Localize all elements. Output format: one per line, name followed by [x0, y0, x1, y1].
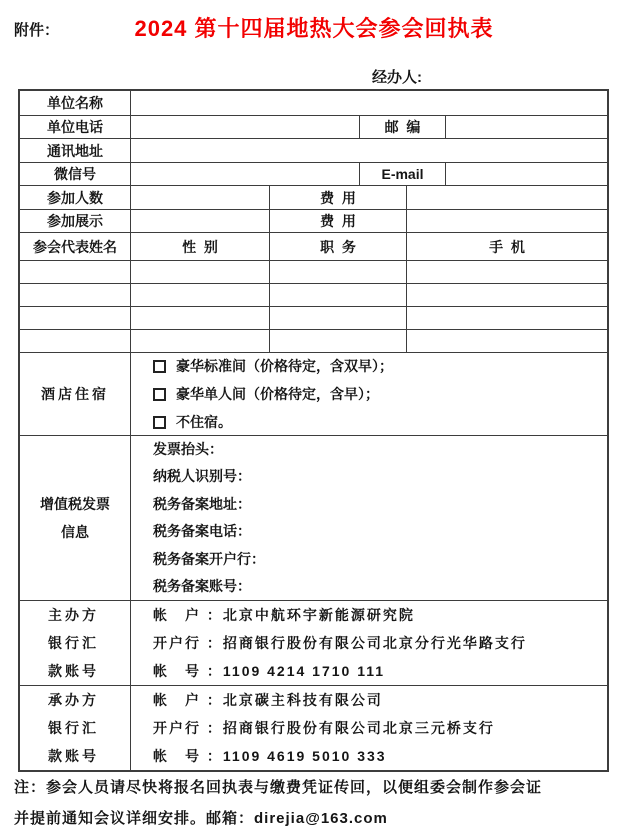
vat-registered-phone: 税务备案电话：: [153, 518, 251, 546]
organizer-bank-details: 帐 户 ：北京中航环宇新能源研究院 开户行 ：招商银行股份有限公司北京分行光华路…: [130, 601, 607, 685]
page-title: 2024 第十四届地热大会参会回执表: [0, 12, 628, 43]
participants-field: [130, 186, 269, 209]
vat-label: 增值税发票 信息: [20, 436, 130, 600]
row-address: 通讯地址: [20, 138, 607, 162]
vat-invoice-title: 发票抬头：: [153, 436, 223, 464]
email-field: [445, 163, 607, 185]
note-line-2: 并提前通知会议详细安排。邮箱：direjia@163.com: [14, 803, 618, 832]
contractor-bank-label: 承办方 银行汇 款账号: [20, 686, 130, 770]
representative-row-4: [20, 329, 607, 352]
mobile-cell: [406, 284, 607, 306]
row-unit-phone: 单位电话 邮 编: [20, 115, 607, 138]
gender-cell: [130, 284, 269, 306]
row-contractor-bank: 承办方 银行汇 款账号 帐 户 ：北京碳主科技有限公司 开户行 ：招商银行股份有…: [20, 685, 607, 770]
contractor-account-number: 帐 号 ：1109 4619 5010 333: [153, 742, 387, 770]
organizer-bank-branch: 开户行 ：招商银行股份有限公司北京分行光华路支行: [153, 629, 527, 657]
hotel-option-label: 不住宿。: [176, 408, 232, 436]
position-cell: [269, 261, 406, 283]
representative-row-2: [20, 283, 607, 306]
mobile-cell: [406, 330, 607, 352]
vat-label-line1: 增值税发票: [40, 490, 110, 518]
rep-name-cell: [20, 307, 130, 329]
organizer-bank-label-line3: 款账号: [48, 657, 99, 685]
contractor-bank-branch: 开户行 ：招商银行股份有限公司北京三元桥支行: [153, 714, 495, 742]
hotel-options: 豪华标准间（价格待定，含双早）； 豪华单人间（价格待定，含早）； 不住宿。: [130, 353, 607, 435]
unit-phone-field: [130, 116, 359, 138]
row-exhibition: 参加展示 费 用: [20, 209, 607, 232]
row-vat-invoice: 增值税发票 信息 发票抬头： 纳税人识别号： 税务备案地址： 税务备案电话： 税…: [20, 435, 607, 600]
organizer-account-name: 帐 户 ：北京中航环宇新能源研究院: [153, 601, 415, 629]
position-cell: [269, 330, 406, 352]
row-participants: 参加人数 费 用: [20, 185, 607, 209]
representative-row-3: [20, 306, 607, 329]
rep-name-label: 参会代表姓名: [20, 233, 130, 260]
email-label: E-mail: [359, 163, 445, 185]
row-representative-header: 参会代表姓名 性 别 职 务 手 机: [20, 232, 607, 260]
row-unit-name: 单位名称: [20, 91, 607, 115]
address-label: 通讯地址: [20, 139, 130, 162]
wechat-label: 微信号: [20, 163, 130, 185]
rep-name-cell: [20, 261, 130, 283]
checkbox-icon: [153, 388, 166, 401]
handler-label: 经办人:: [372, 66, 422, 87]
mobile-label: 手 机: [406, 233, 607, 260]
vat-taxpayer-id: 纳税人识别号：: [153, 463, 251, 491]
hotel-option-label: 豪华单人间（价格待定，含早）；: [176, 380, 379, 408]
position-cell: [269, 307, 406, 329]
contractor-bank-label-line1: 承办方: [48, 686, 99, 714]
exhibition-fee-field: [406, 210, 607, 232]
address-field: [130, 139, 607, 162]
hotel-option-none: 不住宿。: [153, 408, 232, 436]
contractor-bank-label-line3: 款账号: [48, 742, 99, 770]
registration-table: 单位名称 单位电话 邮 编 通讯地址 微信号 E-mail 参加人数 费 用: [18, 89, 609, 772]
gender-cell: [130, 330, 269, 352]
row-hotel: 酒店住宿 豪华标准间（价格待定，含双早）； 豪华单人间（价格待定，含早）； 不住…: [20, 352, 607, 435]
row-wechat: 微信号 E-mail: [20, 162, 607, 185]
contractor-account-name: 帐 户 ：北京碳主科技有限公司: [153, 686, 383, 714]
gender-cell: [130, 307, 269, 329]
row-organizer-bank: 主办方 银行汇 款账号 帐 户 ：北京中航环宇新能源研究院 开户行 ：招商银行股…: [20, 600, 607, 685]
vat-registered-address: 税务备案地址：: [153, 491, 251, 519]
position-cell: [269, 284, 406, 306]
organizer-account-number: 帐 号 ：1109 4214 1710 111: [153, 657, 385, 685]
unit-phone-label: 单位电话: [20, 116, 130, 138]
mobile-cell: [406, 307, 607, 329]
hotel-option-label: 豪华标准间（价格待定，含双早）；: [176, 352, 393, 380]
exhibition-label: 参加展示: [20, 210, 130, 232]
contractor-bank-label-line2: 银行汇: [48, 714, 99, 742]
unit-name-field: [130, 91, 607, 115]
organizer-bank-label-line2: 银行汇: [48, 629, 99, 657]
vat-registered-bank: 税务备案开户行：: [153, 546, 265, 574]
vat-registered-account: 税务备案账号：: [153, 573, 251, 601]
gender-cell: [130, 261, 269, 283]
hotel-option-single: 豪华单人间（价格待定，含早）；: [153, 380, 379, 408]
participants-label: 参加人数: [20, 186, 130, 209]
position-label: 职 务: [269, 233, 406, 260]
vat-fields: 发票抬头： 纳税人识别号： 税务备案地址： 税务备案电话： 税务备案开户行： 税…: [130, 436, 607, 600]
postal-code-label: 邮 编: [359, 116, 445, 138]
mobile-cell: [406, 261, 607, 283]
hotel-label: 酒店住宿: [20, 353, 130, 435]
representative-row-1: [20, 260, 607, 283]
checkbox-icon: [153, 360, 166, 373]
contractor-bank-details: 帐 户 ：北京碳主科技有限公司 开户行 ：招商银行股份有限公司北京三元桥支行 帐…: [130, 686, 607, 770]
organizer-bank-label: 主办方 银行汇 款账号: [20, 601, 130, 685]
gender-label: 性 别: [130, 233, 269, 260]
rep-name-cell: [20, 330, 130, 352]
exhibition-fee-label: 费 用: [269, 210, 406, 232]
hotel-option-standard: 豪华标准间（价格待定，含双早）；: [153, 352, 393, 380]
footer-note: 注：参会人员请尽快将报名回执表与缴费凭证传回，以便组委会制作参会证 并提前通知会…: [14, 772, 618, 832]
document-page: 附件： 2024 第十四届地热大会参会回执表 经办人: 单位名称 单位电话 邮 …: [0, 0, 628, 832]
postal-code-field: [445, 116, 607, 138]
unit-name-label: 单位名称: [20, 91, 130, 115]
exhibition-field: [130, 210, 269, 232]
participants-fee-label: 费 用: [269, 186, 406, 209]
vat-label-line2: 信息: [61, 518, 89, 546]
rep-name-cell: [20, 284, 130, 306]
participants-fee-field: [406, 186, 607, 209]
note-line-1: 注：参会人员请尽快将报名回执表与缴费凭证传回，以便组委会制作参会证: [14, 772, 618, 803]
checkbox-icon: [153, 416, 166, 429]
organizer-bank-label-line1: 主办方: [48, 601, 99, 629]
wechat-field: [130, 163, 359, 185]
